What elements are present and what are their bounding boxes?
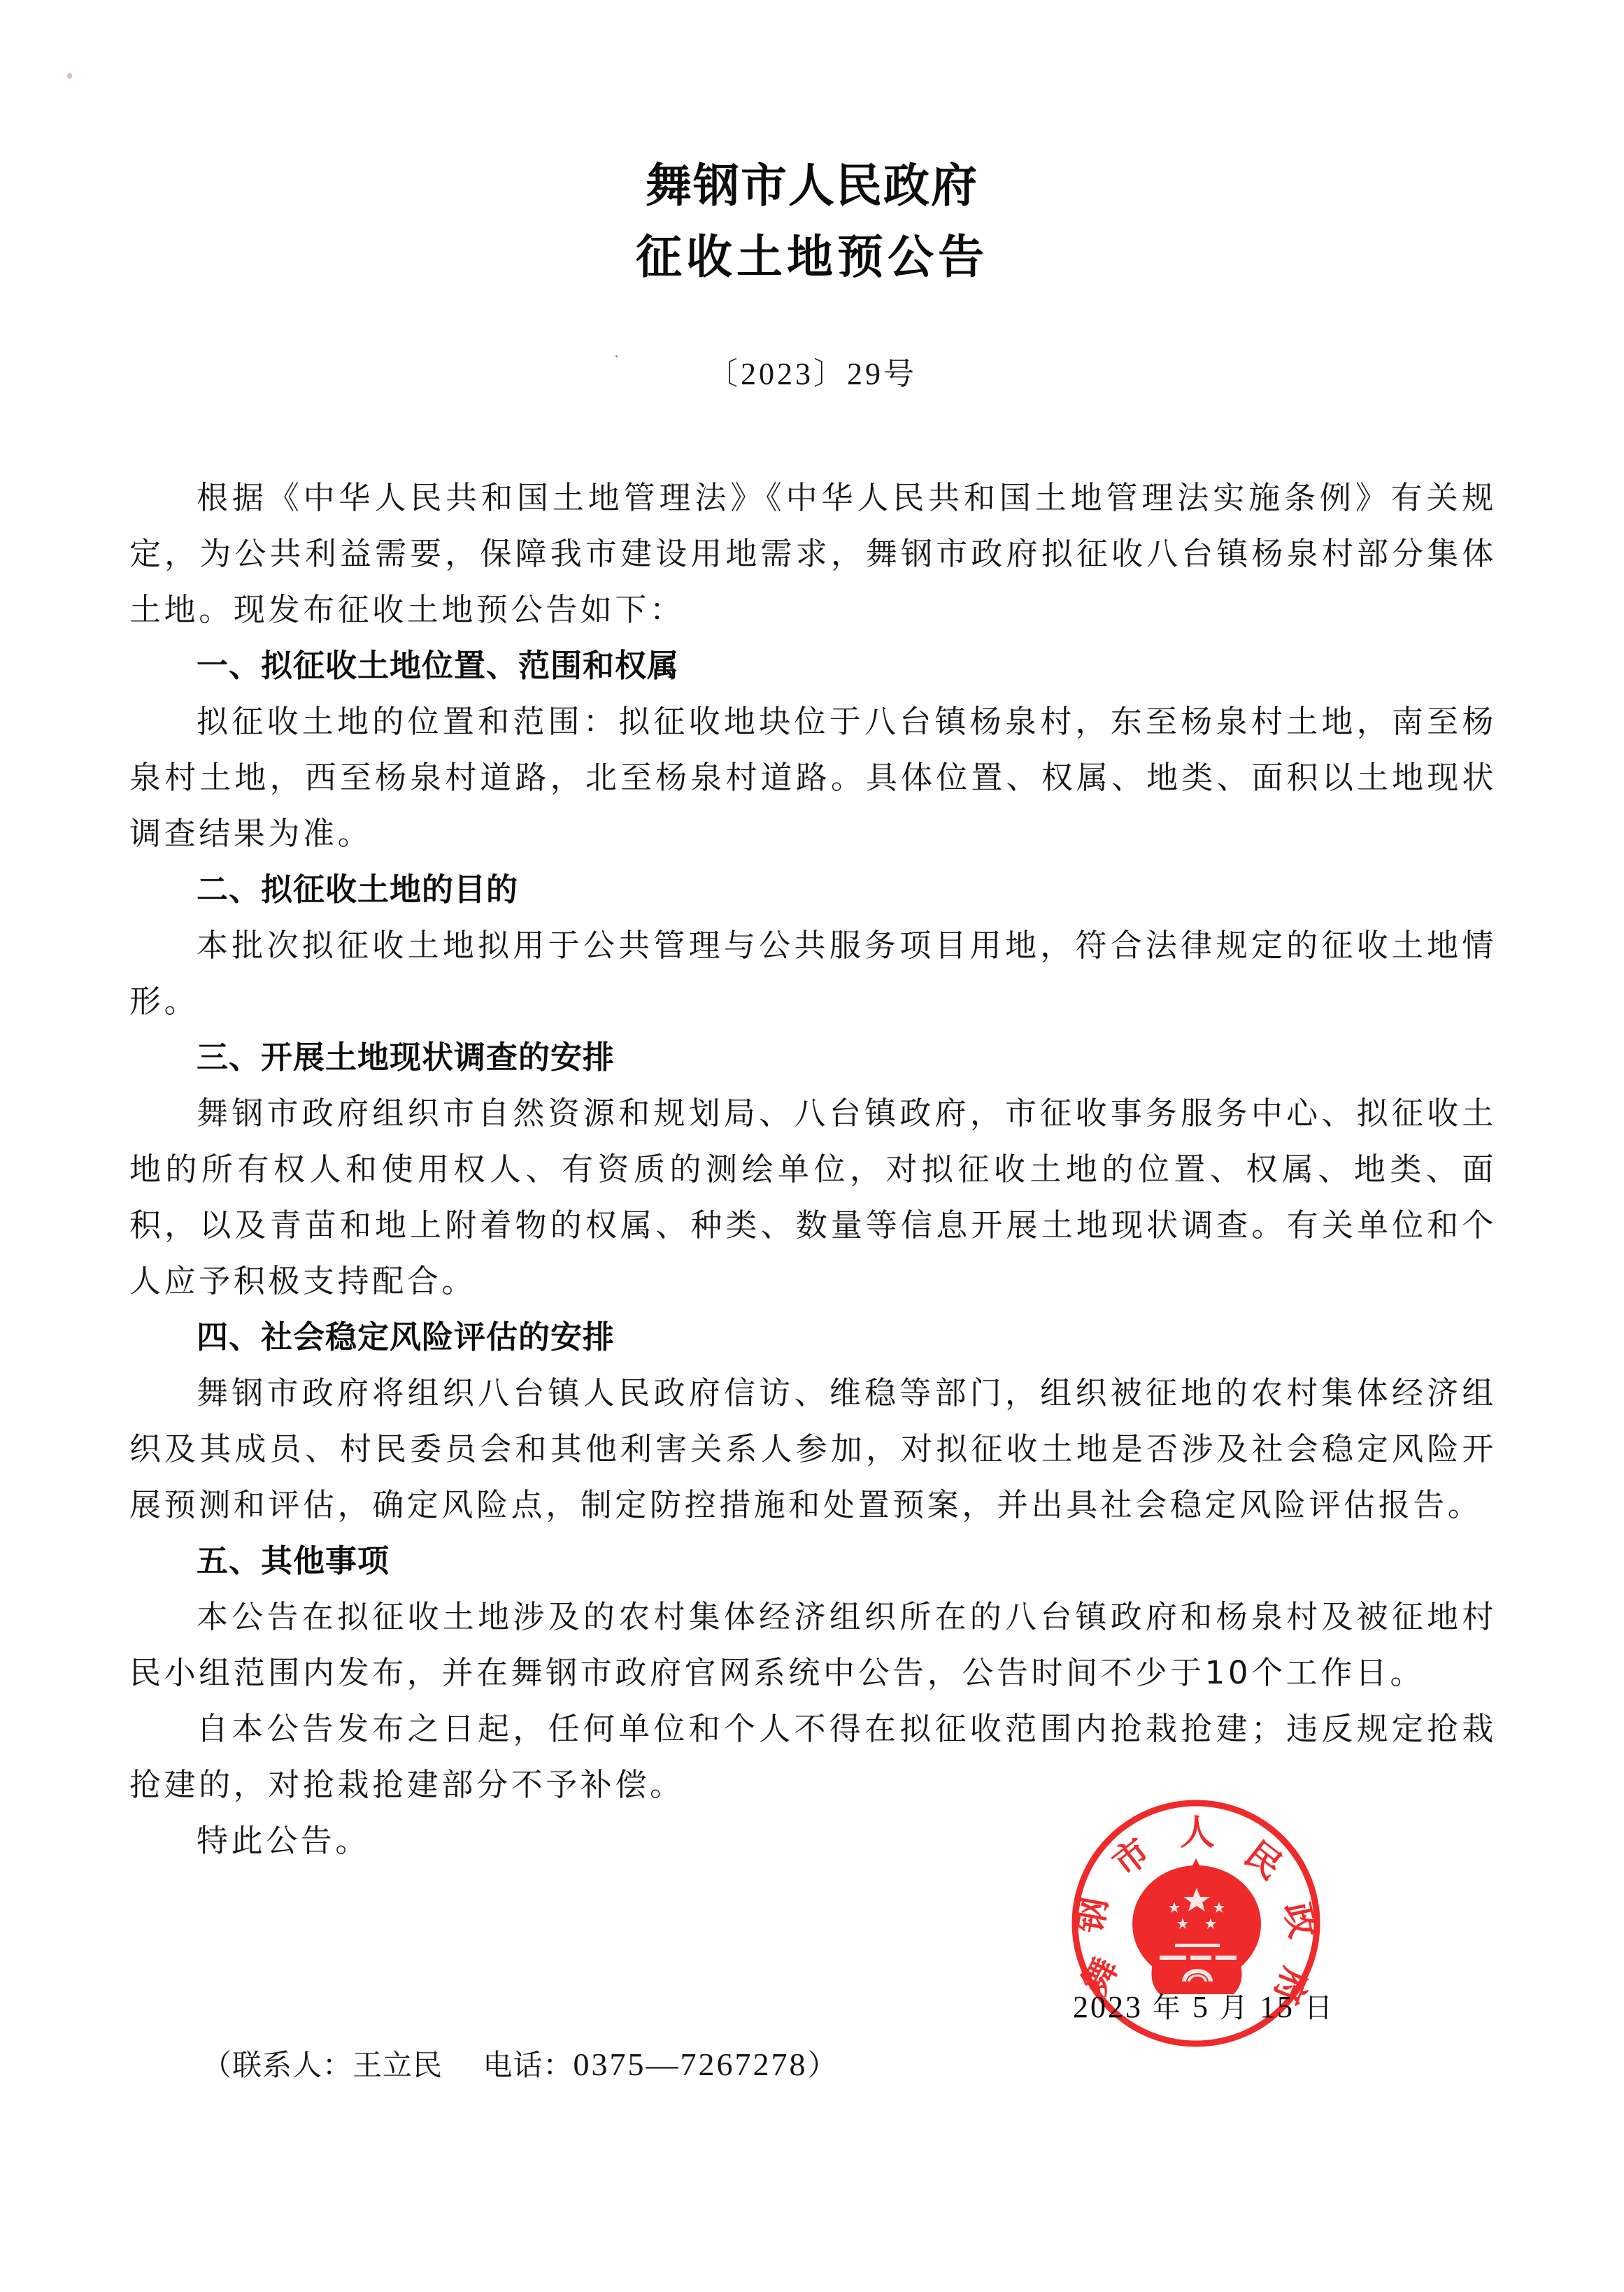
seal-char: 钢 bbox=[1070, 1894, 1115, 1935]
date-month-unit: 月 bbox=[1220, 1992, 1250, 2024]
date-year: 2023 bbox=[1073, 1990, 1143, 2024]
contact-close-paren: ） bbox=[807, 2048, 837, 2082]
paragraph-preamble: 根据《中华人民共和国土地管理法》《中华人民共和国土地管理法实施条例》有关规定，为… bbox=[129, 470, 1497, 638]
paragraph-purpose: 本批次拟征收土地拟用于公共管理与公共服务项目用地，符合法律规定的征收土地情形。 bbox=[129, 918, 1497, 1030]
document-body: 根据《中华人民共和国土地管理法》《中华人民共和国土地管理法实施条例》有关规定，为… bbox=[129, 470, 1497, 1869]
document-number: 〔2023〕29号 bbox=[0, 357, 1624, 392]
paragraph-publication: 本公告在拟征收土地涉及的农村集体经济组织所在的八台镇政府和杨泉村及被征地村民小组… bbox=[129, 1589, 1497, 1701]
issue-date: 2023 年 5 月 15 日 bbox=[1073, 1988, 1334, 2028]
paragraph-survey: 舞钢市政府组织市自然资源和规划局、八台镇政府，市征收事务服务中心、拟征收土地的所… bbox=[129, 1086, 1497, 1309]
scan-speck bbox=[67, 73, 72, 79]
date-month: 5 bbox=[1192, 1990, 1210, 2024]
section-heading-3: 三、开展土地现状调查的安排 bbox=[129, 1030, 1497, 1086]
contact-info: （联系人：王立民 电话：0375—7267278） bbox=[202, 2044, 837, 2086]
issuer-title: 舞钢市人民政府 bbox=[0, 162, 1624, 208]
section-heading-5: 五、其他事项 bbox=[129, 1533, 1497, 1589]
section-heading-2: 二、拟征收土地的目的 bbox=[129, 862, 1497, 918]
contact-person-label: 联系人： bbox=[232, 2048, 352, 2082]
section-heading-4: 四、社会稳定风险评估的安排 bbox=[129, 1309, 1497, 1365]
document-page: 舞钢市人民政府 征收土地预公告 〔2023〕29号 根据《中华人民共和国土地管理… bbox=[0, 0, 1624, 2292]
seal-char: 人 bbox=[1180, 1812, 1215, 1853]
contact-person: 王立民 bbox=[352, 2048, 443, 2082]
document-title: 征收土地预公告 bbox=[0, 234, 1624, 280]
paragraph-risk: 舞钢市政府将组织八台镇人民政府信访、维稳等部门，组织被征地的农村集体经济组织及其… bbox=[129, 1365, 1497, 1533]
national-emblem-icon bbox=[1132, 1858, 1261, 1994]
contact-phone: 0375—7267278 bbox=[573, 2047, 807, 2082]
date-day-unit: 日 bbox=[1304, 1992, 1334, 2024]
section-heading-1: 一、拟征收土地位置、范围和权属 bbox=[129, 638, 1497, 694]
date-day: 15 bbox=[1260, 1990, 1295, 2024]
contact-open-paren: （ bbox=[202, 2048, 232, 2082]
paragraph-location: 拟征收土地的位置和范围：拟征收地块位于八台镇杨泉村，东至杨泉村土地，南至杨泉村土… bbox=[129, 694, 1497, 862]
contact-phone-label: 电话： bbox=[483, 2048, 573, 2082]
date-year-unit: 年 bbox=[1153, 1992, 1183, 2024]
paragraph-prohibition: 自本公告发布之日起，任何单位和个人不得在拟征收范围内抢栽抢建；违反规定抢栽抢建的… bbox=[129, 1701, 1497, 1813]
